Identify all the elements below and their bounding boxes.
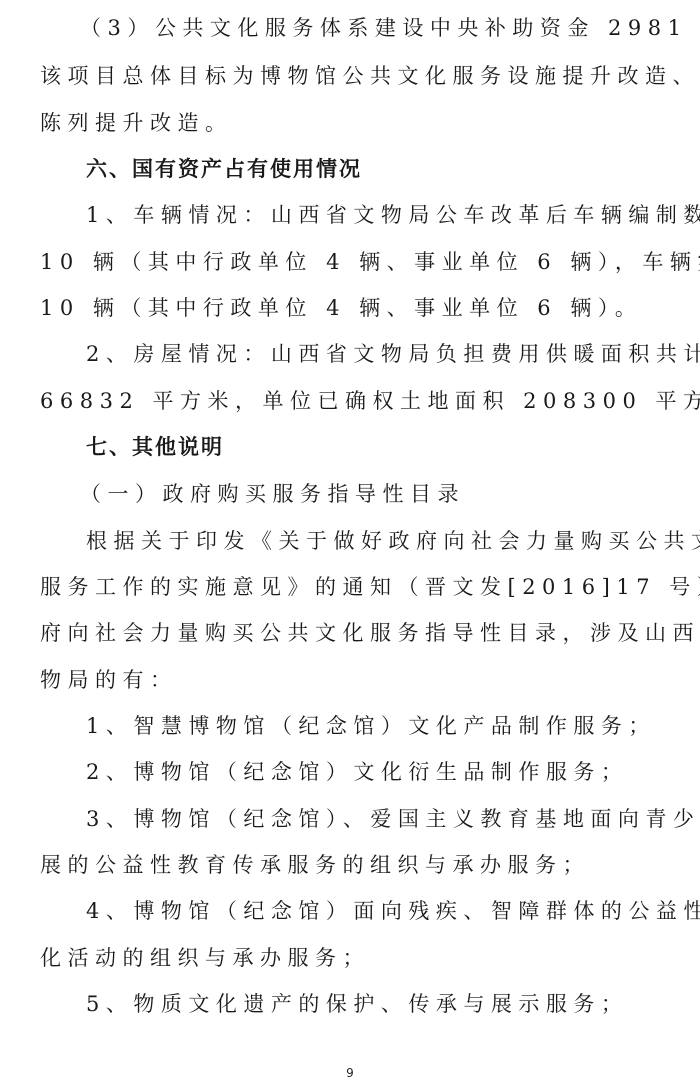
section-heading: 七、其他说明: [86, 433, 700, 461]
paragraph-line: 化活动的组织与承办服务；: [40, 944, 680, 972]
paragraph-line: 府向社会力量购买公共文化服务指导性目录，涉及山西省文: [40, 619, 680, 647]
paragraph-line: 10 辆（其中行政单位 4 辆、事业单位 6 辆），车辆实有数为: [40, 248, 680, 276]
paragraph-line: 根据关于印发《关于做好政府向社会力量购买公共文化: [86, 527, 700, 555]
paragraph-line: （一）政府购买服务指导性目录: [80, 480, 700, 508]
paragraph-line: 1、车辆情况：山西省文物局公车改革后车辆编制数为: [86, 201, 700, 229]
paragraph-line: 4、博物馆（纪念馆）面向残疾、智障群体的公益性文: [86, 897, 700, 925]
paragraph-line: 2、房屋情况：山西省文物局负担费用供暖面积共计: [86, 340, 700, 368]
paragraph-line: 该项目总体目标为博物馆公共文化服务设施提升改造、基本: [40, 62, 680, 90]
document-page: （3）公共文化服务体系建设中央补助资金 2981 万元，该项目总体目标为博物馆公…: [0, 0, 700, 1090]
section-heading: 六、国有资产占有使用情况: [86, 155, 700, 183]
paragraph-line: 服务工作的实施意见》的通知（晋文发[2016]17 号）中，政: [40, 573, 680, 601]
paragraph-line: 展的公益性教育传承服务的组织与承办服务；: [40, 851, 680, 879]
paragraph-line: 1、智慧博物馆（纪念馆）文化产品制作服务；: [86, 712, 700, 740]
paragraph-line: 10 辆（其中行政单位 4 辆、事业单位 6 辆）。: [40, 294, 680, 322]
paragraph-line: 5、物质文化遗产的保护、传承与展示服务；: [86, 990, 700, 1018]
page-number: 9: [0, 1066, 700, 1080]
paragraph-line: 66832 平方米，单位已确权土地面积 208300 平方米。: [40, 387, 680, 415]
paragraph-line: 物局的有：: [40, 666, 680, 694]
paragraph-line: 陈列提升改造。: [40, 109, 680, 137]
paragraph-line: 2、博物馆（纪念馆）文化衍生品制作服务；: [86, 758, 700, 786]
paragraph-line: （3）公共文化服务体系建设中央补助资金 2981 万元，: [80, 14, 700, 42]
paragraph-line: 3、博物馆（纪念馆）、爱国主义教育基地面向青少年开: [86, 805, 700, 833]
